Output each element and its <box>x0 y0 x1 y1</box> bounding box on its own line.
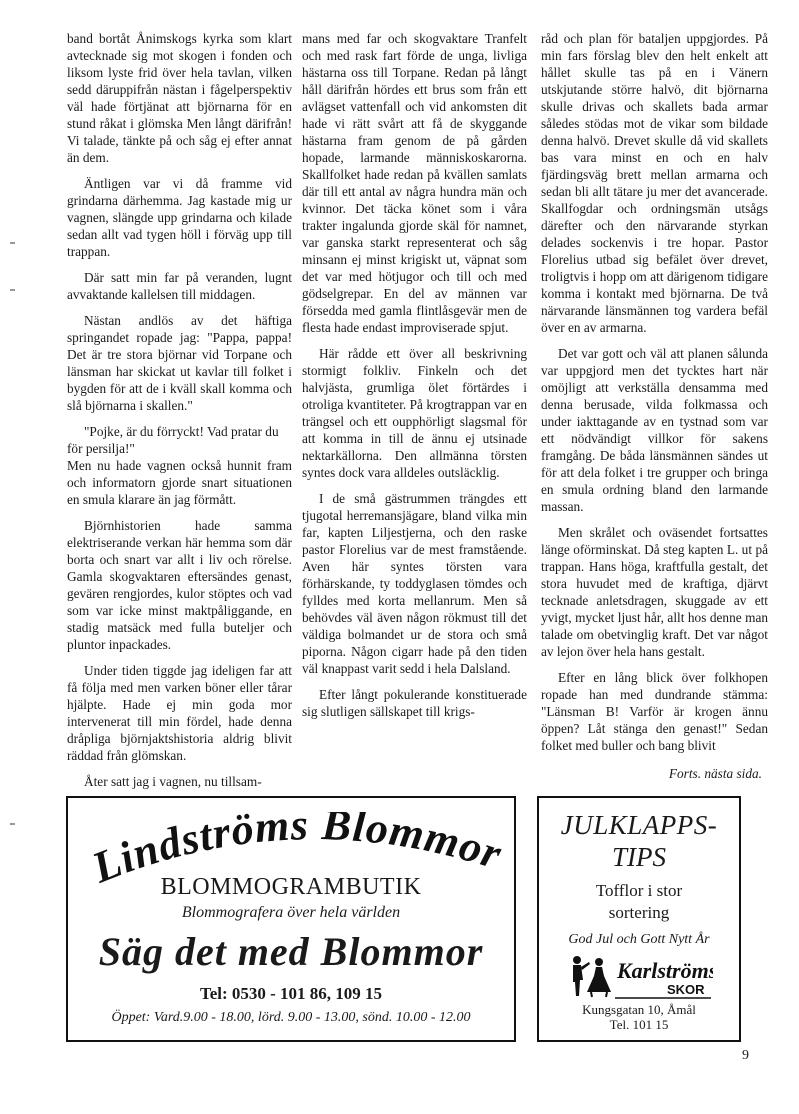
continued-note: Forts. nästa sida. <box>541 766 762 782</box>
paragraph: Nästan andlös av det häftiga springandet… <box>67 312 292 414</box>
dancing-couple-icon: Karlströms SKOR <box>567 950 713 1000</box>
shoe-shop-contact: Kungsgatan 10, Åmål Tel. 101 15 <box>539 1002 739 1032</box>
paragraph: Under tiden tiggde jag ideligen far att … <box>67 662 292 764</box>
holiday-greeting: God Jul och Gott Nytt År <box>539 932 739 948</box>
magazine-page: band bortåt Ånimskogs kyrka som klart av… <box>0 0 799 1114</box>
shoe-shop-logo: Karlströms SKOR <box>567 950 713 1000</box>
paragraph: Där satt min far på veranden, lugnt avva… <box>67 269 292 303</box>
article-column-2: mans med far och skogvaktare Tranfelt oc… <box>302 30 527 729</box>
paragraph: Äntligen var vi då framme vid grindarna … <box>67 175 292 260</box>
ad-body-line2: sortering <box>539 902 739 924</box>
ad-body-line1: Tofflor i stor <box>539 880 739 902</box>
flower-shop-hours: Öppet: Vard.9.00 - 18.00, lörd. 9.00 - 1… <box>68 1010 514 1026</box>
paragraph: Det var gott och väl att planen sålunda … <box>541 345 768 515</box>
flower-shop-ad: Lindströms Blommor BLOMMOGRAMBUTIK Blomm… <box>66 796 516 1042</box>
paragraph: band bortåt Ånimskogs kyrka som klart av… <box>67 30 292 166</box>
paragraph: råd och plan för bataljen uppgjordes. På… <box>541 30 768 336</box>
ad-headline-line1: JULKLAPPS- <box>539 810 739 841</box>
paragraph: Åter satt jag i vagnen, nu tillsam- <box>67 773 292 790</box>
paragraph: Björnhistorien hade samma elektriserande… <box>67 517 292 653</box>
article-column-3: råd och plan för bataljen uppgjordes. På… <box>541 30 768 763</box>
paragraph: Men nu hade vagnen också hunnit fram och… <box>67 457 292 508</box>
shoe-shop-ad: JULKLAPPS- TIPS Tofflor i stor sortering… <box>537 796 741 1042</box>
svg-text:SKOR: SKOR <box>667 982 705 997</box>
margin-mark <box>10 242 15 244</box>
article-column-1: band bortåt Ånimskogs kyrka som klart av… <box>67 30 292 799</box>
shoe-shop-address: Kungsgatan 10, Åmål <box>539 1002 739 1017</box>
flower-shop-slogan: Säg det med Blommor <box>68 928 514 975</box>
paragraph: Efter en lång blick över folkhopen ropad… <box>541 669 768 754</box>
page-number: 9 <box>742 1048 749 1064</box>
paragraph: Här rådde ett över all beskrivning storm… <box>302 345 527 481</box>
margin-mark <box>10 289 15 291</box>
flower-shop-tagline: Blommografera över hela världen <box>68 904 514 922</box>
paragraph: I de små gästrummen trängdes ett tjugota… <box>302 490 527 677</box>
paragraph: "Pojke, är du förryckt! Vad pratar du fö… <box>67 423 292 457</box>
shoe-shop-phone: Tel. 101 15 <box>539 1017 739 1032</box>
paragraph: Men skrålet och oväsendet fortsattes län… <box>541 524 768 660</box>
ad-headline-line2: TIPS <box>539 842 739 873</box>
margin-mark <box>10 823 15 825</box>
ad-body: Tofflor i stor sortering <box>539 880 739 924</box>
svg-text:Karlströms: Karlströms <box>616 958 713 983</box>
flower-shop-subtitle: BLOMMOGRAMBUTIK <box>68 874 514 901</box>
flower-shop-phone: Tel: 0530 - 101 86, 109 15 <box>68 984 514 1004</box>
paragraph: mans med far och skogvaktare Tranfelt oc… <box>302 30 527 336</box>
paragraph: Efter långt pokulerande konstituerade si… <box>302 686 527 720</box>
